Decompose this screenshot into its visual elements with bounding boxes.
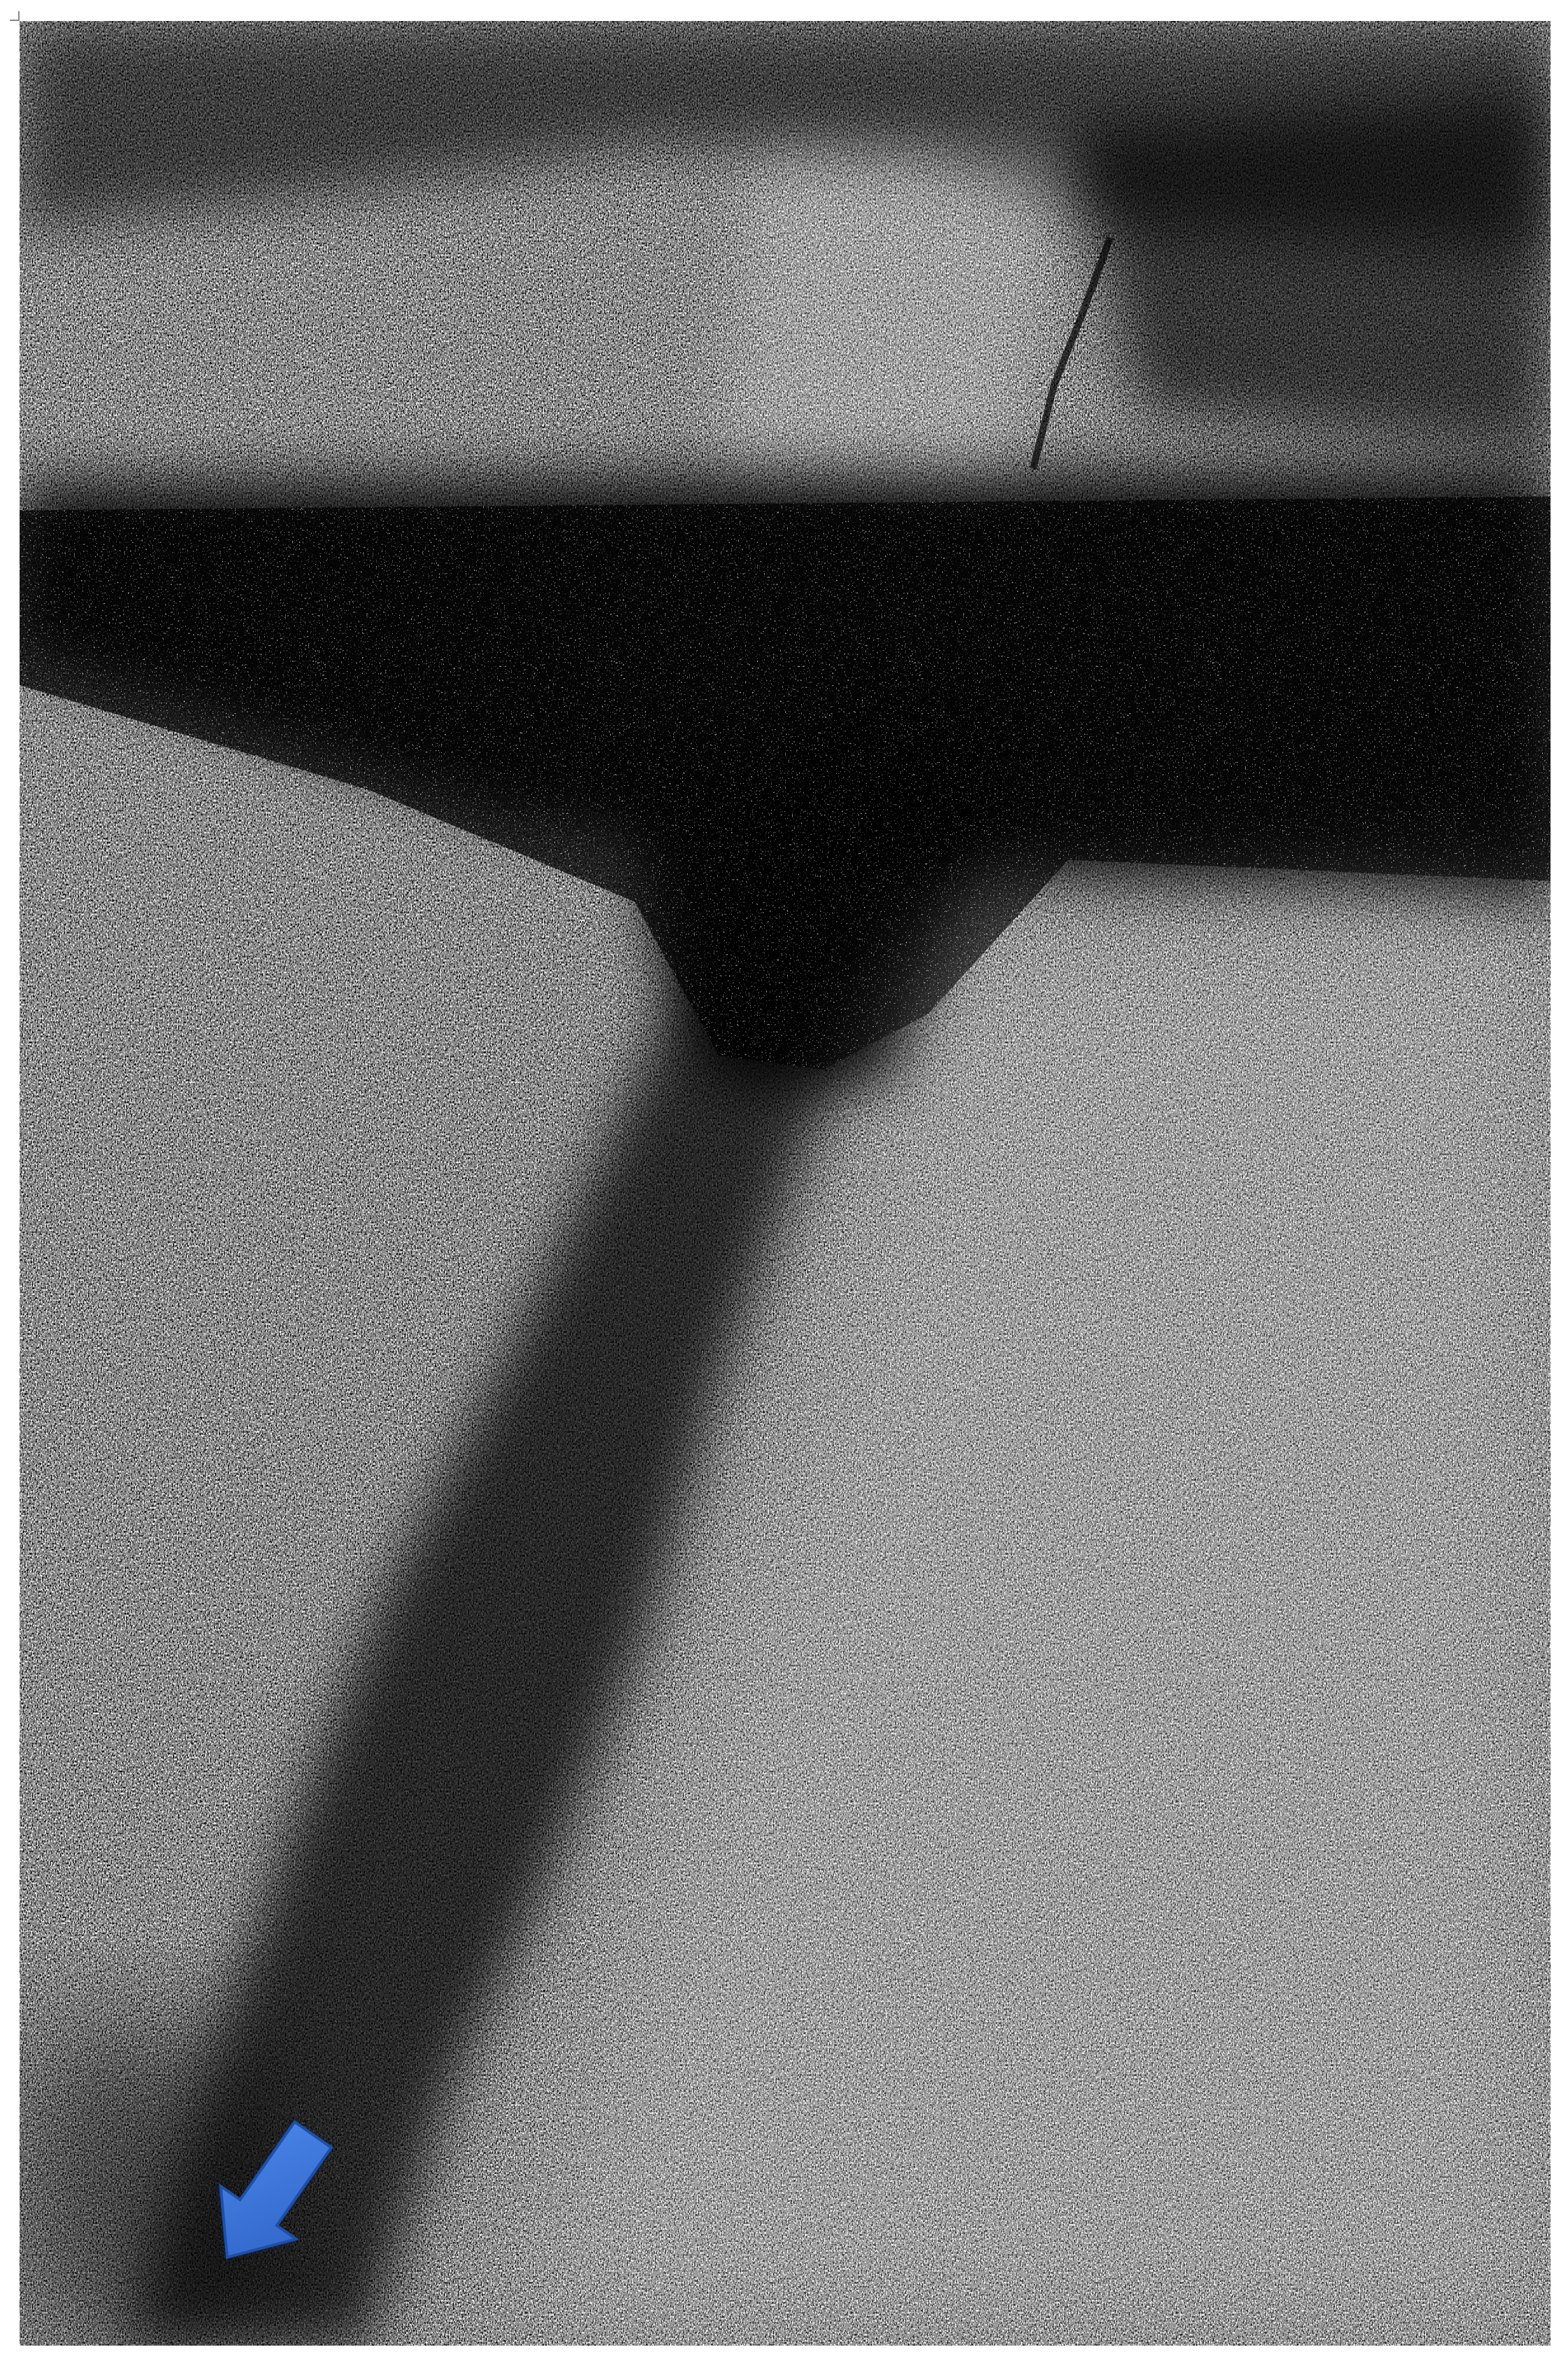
upper-light-patch (719, 147, 1068, 468)
photograph (20, 21, 1551, 2346)
photo-canvas (20, 21, 1551, 2346)
crop-corner-mark (10, 11, 20, 21)
